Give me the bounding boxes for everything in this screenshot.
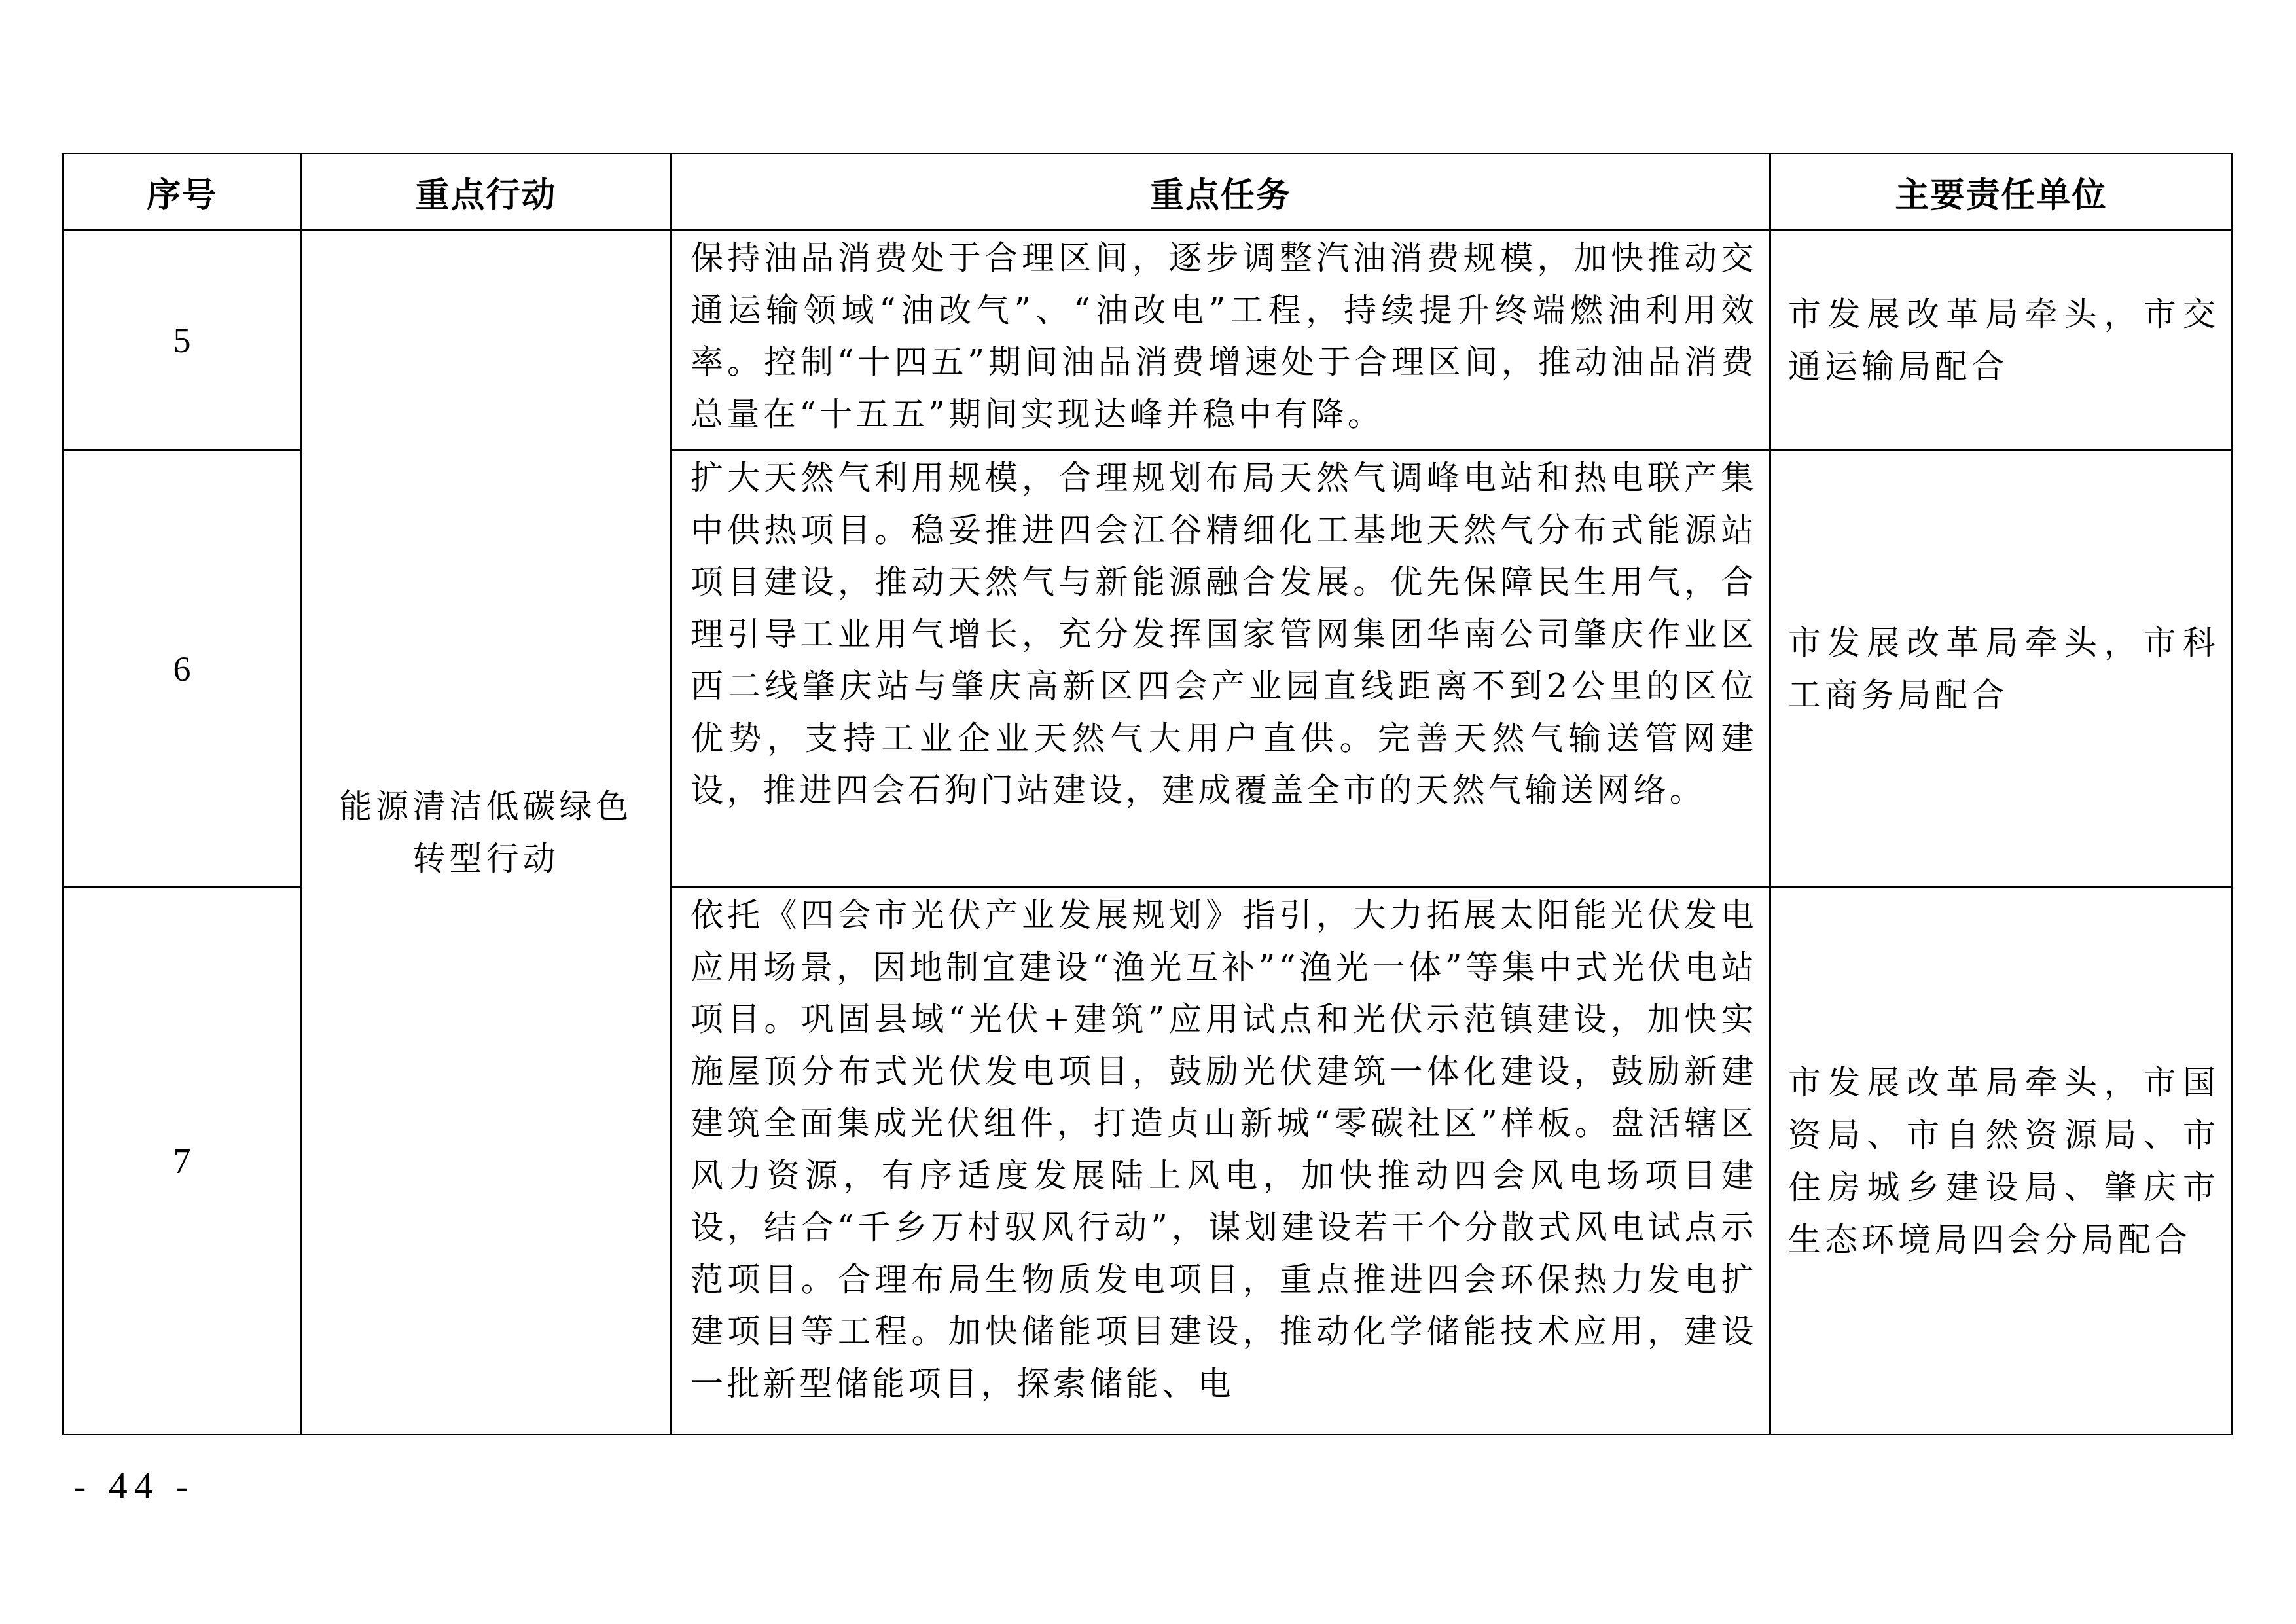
key-task-cell: 依托《四会市光伏产业发展规划》指引，大力拓展太阳能光伏发电应用场景，因地制宜建设… — [672, 888, 1770, 1435]
key-task-text: 依托《四会市光伏产业发展规划》指引，大力拓展太阳能光伏发电应用场景，因地制宜建设… — [691, 890, 1757, 1410]
key-task-cell: 保持油品消费处于合理区间，逐步调整汽油消费规模，加快推动交通运输领域“油改气”、… — [672, 230, 1770, 450]
row-number: 7 — [63, 888, 301, 1435]
table-header-row: 序号 重点行动 重点任务 主要责任单位 — [63, 154, 2233, 230]
key-task-text: 扩大天然气利用规模，合理规划布局天然气调峰电站和热电联产集中供热项目。稳妥推进四… — [691, 452, 1757, 817]
row-number: 6 — [63, 450, 301, 888]
header-responsible-unit: 主要责任单位 — [1770, 154, 2233, 230]
header-number: 序号 — [63, 154, 301, 230]
responsible-unit-cell: 市发展改革局牵头，市交通运输局配合 — [1770, 230, 2233, 450]
row-number: 5 — [63, 230, 301, 450]
key-tasks-table: 序号 重点行动 重点任务 主要责任单位 5 能源清洁低碳绿色转型行动 保持油品消… — [62, 153, 2233, 1435]
responsible-unit-cell: 市发展改革局牵头，市科工商务局配合 — [1770, 450, 2233, 888]
table-row: 5 能源清洁低碳绿色转型行动 保持油品消费处于合理区间，逐步调整汽油消费规模，加… — [63, 230, 2233, 450]
responsible-unit-cell: 市发展改革局牵头，市国资局、市自然资源局、市住房城乡建设局、肇庆市生态环境局四会… — [1770, 888, 2233, 1435]
key-task-text: 保持油品消费处于合理区间，逐步调整汽油消费规模，加快推动交通运输领域“油改气”、… — [691, 232, 1757, 441]
key-action-cell: 能源清洁低碳绿色转型行动 — [301, 230, 672, 1435]
header-key-action: 重点行动 — [301, 154, 672, 230]
header-key-task: 重点任务 — [672, 154, 1770, 230]
key-task-cell: 扩大天然气利用规模，合理规划布局天然气调峰电站和热电联产集中供热项目。稳妥推进四… — [672, 450, 1770, 888]
page-number: - 44 - — [73, 1464, 195, 1507]
